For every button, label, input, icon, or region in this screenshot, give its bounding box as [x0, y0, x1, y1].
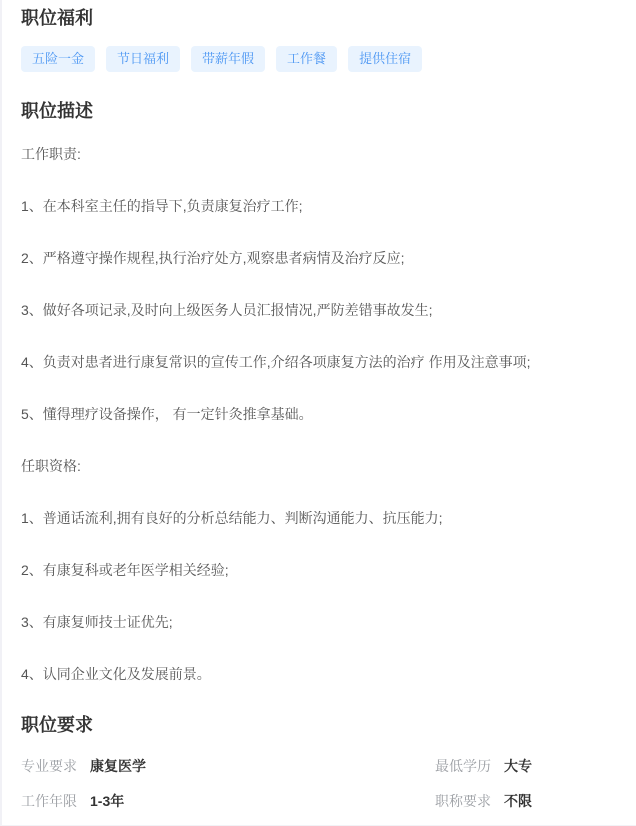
job-detail-page: 职位福利 五险一金 节日福利 带薪年假 工作餐 提供住宿 职位描述 工作职责: …	[2, 0, 636, 811]
job-description-body: 工作职责: 1、在本科室主任的指导下,负责康复治疗工作; 2、严格遵守操作规程,…	[21, 143, 616, 685]
description-paragraph: 2、有康复科或老年医学相关经验;	[21, 559, 616, 581]
requirement-label: 专业要求	[21, 757, 77, 776]
requirement-label: 工作年限	[21, 792, 77, 811]
requirement-field-jobtitle: 职称要求 不限	[435, 792, 616, 811]
requirement-value: 不限	[504, 792, 532, 811]
benefit-tag: 带薪年假	[191, 46, 265, 72]
requirement-label: 职称要求	[435, 792, 491, 811]
description-paragraph: 1、普通话流利,拥有良好的分析总结能力、判断沟通能力、抗压能力;	[21, 507, 616, 529]
requirement-field-major: 专业要求 康复医学	[21, 757, 435, 776]
description-paragraph: 1、在本科室主任的指导下,负责康复治疗工作;	[21, 195, 616, 217]
benefit-tag: 工作餐	[276, 46, 337, 72]
requirement-value: 康复医学	[90, 757, 146, 776]
description-paragraph: 4、负责对患者进行康复常识的宣传工作,介绍各项康复方法的治疗 作用及注意事项;	[21, 351, 616, 373]
benefits-section-title: 职位福利	[21, 8, 616, 28]
description-paragraph: 工作职责:	[21, 143, 616, 165]
description-paragraph: 3、有康复师技士证优先;	[21, 611, 616, 633]
benefit-tags-row: 五险一金 节日福利 带薪年假 工作餐 提供住宿	[21, 46, 616, 72]
requirement-value: 大专	[504, 757, 532, 776]
description-paragraph: 任职资格:	[21, 455, 616, 477]
requirement-label: 最低学历	[435, 757, 491, 776]
requirement-field-experience: 工作年限 1-3年	[21, 792, 435, 811]
requirements-section-title: 职位要求	[21, 715, 616, 735]
benefit-tag: 五险一金	[21, 46, 95, 72]
description-paragraph: 3、做好各项记录,及时向上级医务人员汇报情况,严防差错事故发生;	[21, 299, 616, 321]
description-paragraph: 5、懂得理疗设备操作， 有一定针灸推拿基础。	[21, 403, 616, 425]
benefit-tag: 节日福利	[106, 46, 180, 72]
description-section-title: 职位描述	[21, 101, 616, 121]
description-paragraph: 2、严格遵守操作规程,执行治疗处方,观察患者病情及治疗反应;	[21, 247, 616, 269]
description-paragraph: 4、认同企业文化及发展前景。	[21, 663, 616, 685]
requirements-grid: 专业要求 康复医学 最低学历 大专 工作年限 1-3年 职称要求 不限	[21, 757, 616, 811]
requirement-value: 1-3年	[90, 792, 124, 811]
benefit-tag: 提供住宿	[348, 46, 422, 72]
requirement-field-education: 最低学历 大专	[435, 757, 616, 776]
